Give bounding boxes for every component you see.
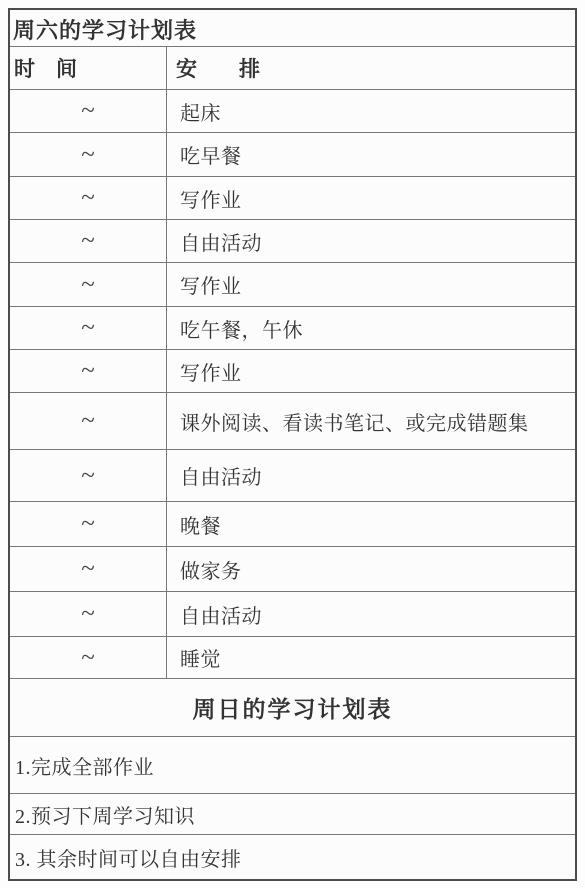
activity-cell: 自由活动 bbox=[167, 450, 575, 501]
schedule-row: ~ 自由活动 bbox=[10, 592, 575, 637]
time-column-header: 时 间 bbox=[10, 47, 167, 89]
activity-cell: 做家务 bbox=[167, 547, 575, 591]
activity-cell: 晚餐 bbox=[167, 502, 575, 546]
time-cell: ~ bbox=[10, 547, 167, 591]
schedule-row: ~ 课外阅读、看读书笔记、或完成错题集 bbox=[10, 393, 575, 450]
time-cell: ~ bbox=[10, 350, 167, 392]
time-cell: ~ bbox=[10, 450, 167, 501]
time-cell: ~ bbox=[10, 502, 167, 546]
activity-cell: 写作业 bbox=[167, 263, 575, 306]
page: { "saturday": { "title": "周六的学习计划表", "he… bbox=[0, 0, 585, 888]
time-cell: ~ bbox=[10, 263, 167, 306]
time-cell: ~ bbox=[10, 220, 167, 262]
table-header-row: 时 间 安 排 bbox=[10, 47, 575, 90]
activity-cell: 睡觉 bbox=[167, 637, 575, 678]
schedule-row: ~ 晚餐 bbox=[10, 502, 575, 547]
time-cell: ~ bbox=[10, 393, 167, 449]
time-cell: ~ bbox=[10, 133, 167, 176]
activity-cell: 写作业 bbox=[167, 350, 575, 392]
time-cell: ~ bbox=[10, 592, 167, 636]
sunday-item: 3. 其余时间可以自由安排 bbox=[10, 835, 575, 879]
activity-cell: 自由活动 bbox=[167, 220, 575, 262]
time-cell: ~ bbox=[10, 177, 167, 219]
activity-cell: 自由活动 bbox=[167, 592, 575, 636]
schedule-row: ~ 吃早餐 bbox=[10, 133, 575, 177]
schedule-row: ~ 自由活动 bbox=[10, 220, 575, 263]
time-cell: ~ bbox=[10, 90, 167, 132]
saturday-table-title: 周六的学习计划表 bbox=[10, 10, 575, 47]
schedule-row: ~ 写作业 bbox=[10, 350, 575, 393]
schedule-row: ~ 写作业 bbox=[10, 177, 575, 220]
sunday-item: 2.预习下周学习知识 bbox=[10, 794, 575, 835]
schedule-row: ~ 写作业 bbox=[10, 263, 575, 307]
sunday-item: 1.完成全部作业 bbox=[10, 737, 575, 794]
activity-cell: 吃午餐，午休 bbox=[167, 307, 575, 349]
schedule-row: ~ 起床 bbox=[10, 90, 575, 133]
schedule-row: ~ 睡觉 bbox=[10, 637, 575, 679]
activity-cell: 吃早餐 bbox=[167, 133, 575, 176]
activity-cell: 课外阅读、看读书笔记、或完成错题集 bbox=[167, 393, 575, 449]
time-cell: ~ bbox=[10, 637, 167, 678]
arrangement-column-header: 安 排 bbox=[167, 47, 575, 89]
activity-cell: 写作业 bbox=[167, 177, 575, 219]
time-cell: ~ bbox=[10, 307, 167, 349]
schedule-row: ~ 自由活动 bbox=[10, 450, 575, 502]
schedule-row: ~ 吃午餐，午休 bbox=[10, 307, 575, 350]
activity-cell: 起床 bbox=[167, 90, 575, 132]
schedule-table: 周六的学习计划表 时 间 安 排 ~ 起床 ~ 吃早餐 ~ 写作业 ~ 自由活动… bbox=[8, 8, 577, 881]
schedule-row: ~ 做家务 bbox=[10, 547, 575, 592]
sunday-table-title: 周日的学习计划表 bbox=[10, 679, 575, 737]
